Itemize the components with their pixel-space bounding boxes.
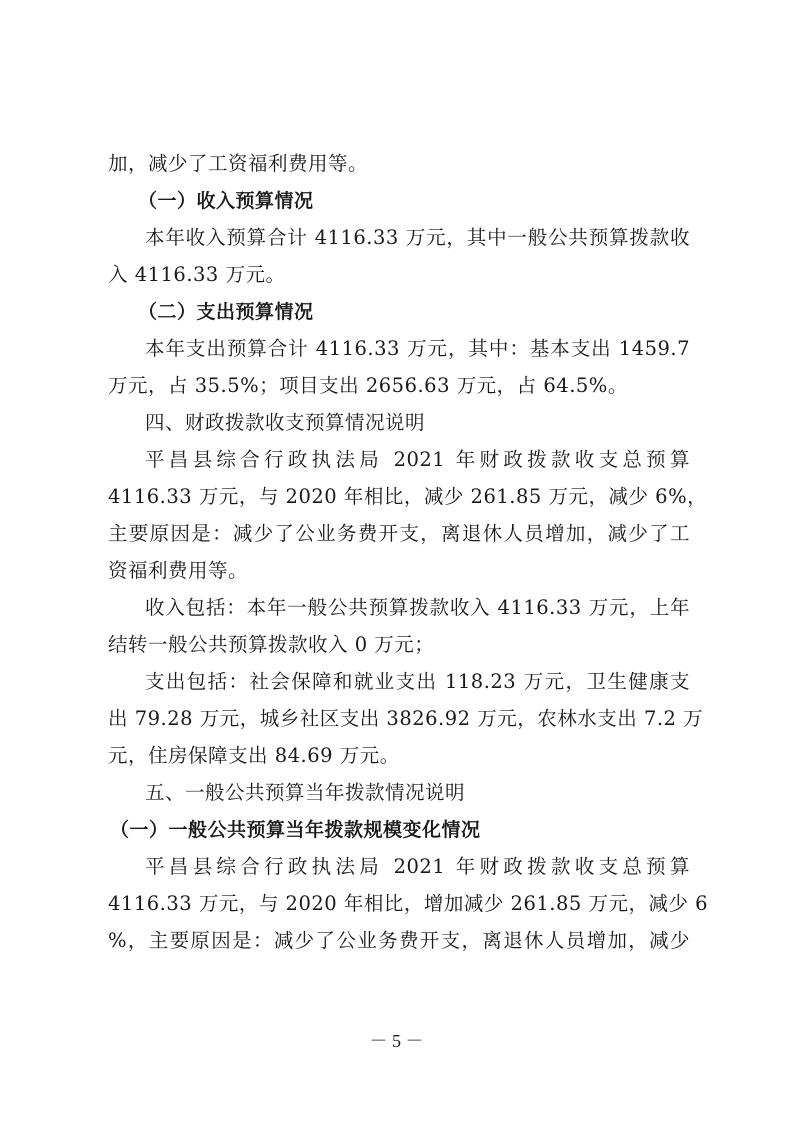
page-number: － 5 － (0, 1027, 793, 1053)
section-heading-5: 五、一般公共预算当年拨款情况说明 (145, 775, 465, 811)
paragraph-line: 入 4116.33 万元。 (108, 257, 286, 293)
subheading-income-budget: （一）收入预算情况 (138, 183, 314, 219)
paragraph-line: 收入包括：本年一般公共预算拨款收入 4116.33 万元，上年 (145, 590, 690, 626)
paragraph-line: 平昌县综合行政执法局 2021 年财政拨款收支总预算 (145, 442, 690, 478)
paragraph-line: 4116.33 万元，与 2020 年相比，增加减少 261.85 万元，减少 … (108, 886, 690, 922)
paragraph-line: 本年支出预算合计 4116.33 万元，其中：基本支出 1459.7 (145, 331, 690, 367)
paragraph-line: 支出包括：社会保障和就业支出 118.23 万元，卫生健康支 (145, 664, 690, 700)
paragraph-line: 加，减少了工资福利费用等。 (108, 146, 368, 182)
paragraph-line: 本年收入预算合计 4116.33 万元，其中一般公共预算拨款收 (145, 220, 690, 256)
paragraph-line: %，主要原因是：减少了公业务费开支，离退休人员增加，减少 (108, 923, 690, 959)
paragraph-line: 万元，占 35.5%；项目支出 2656.63 万元，占 64.5%。 (108, 368, 628, 404)
paragraph-line: 主要原因是：减少了公业务费开支，离退休人员增加，减少了工 (108, 516, 690, 552)
paragraph-line: 结转一般公共预算拨款收入 0 万元； (108, 627, 434, 663)
paragraph-line: 元，住房保障支出 84.69 万元。 (108, 738, 400, 774)
paragraph-line: 出 79.28 万元，城乡社区支出 3826.92 万元，农林水支出 7.2 万 (108, 701, 690, 737)
subheading-expenditure-budget: （二）支出预算情况 (138, 294, 314, 330)
section-heading-4: 四、财政拨款收支预算情况说明 (145, 405, 425, 441)
paragraph-line: 平昌县综合行政执法局 2021 年财政拨款收支总预算 (145, 849, 690, 885)
paragraph-line: 资福利费用等。 (108, 553, 248, 589)
subheading-appropriation-scale: （一）一般公共预算当年拨款规模变化情况 (110, 812, 481, 848)
paragraph-line: 4116.33 万元，与 2020 年相比，减少 261.85 万元，减少 6%… (108, 479, 690, 515)
